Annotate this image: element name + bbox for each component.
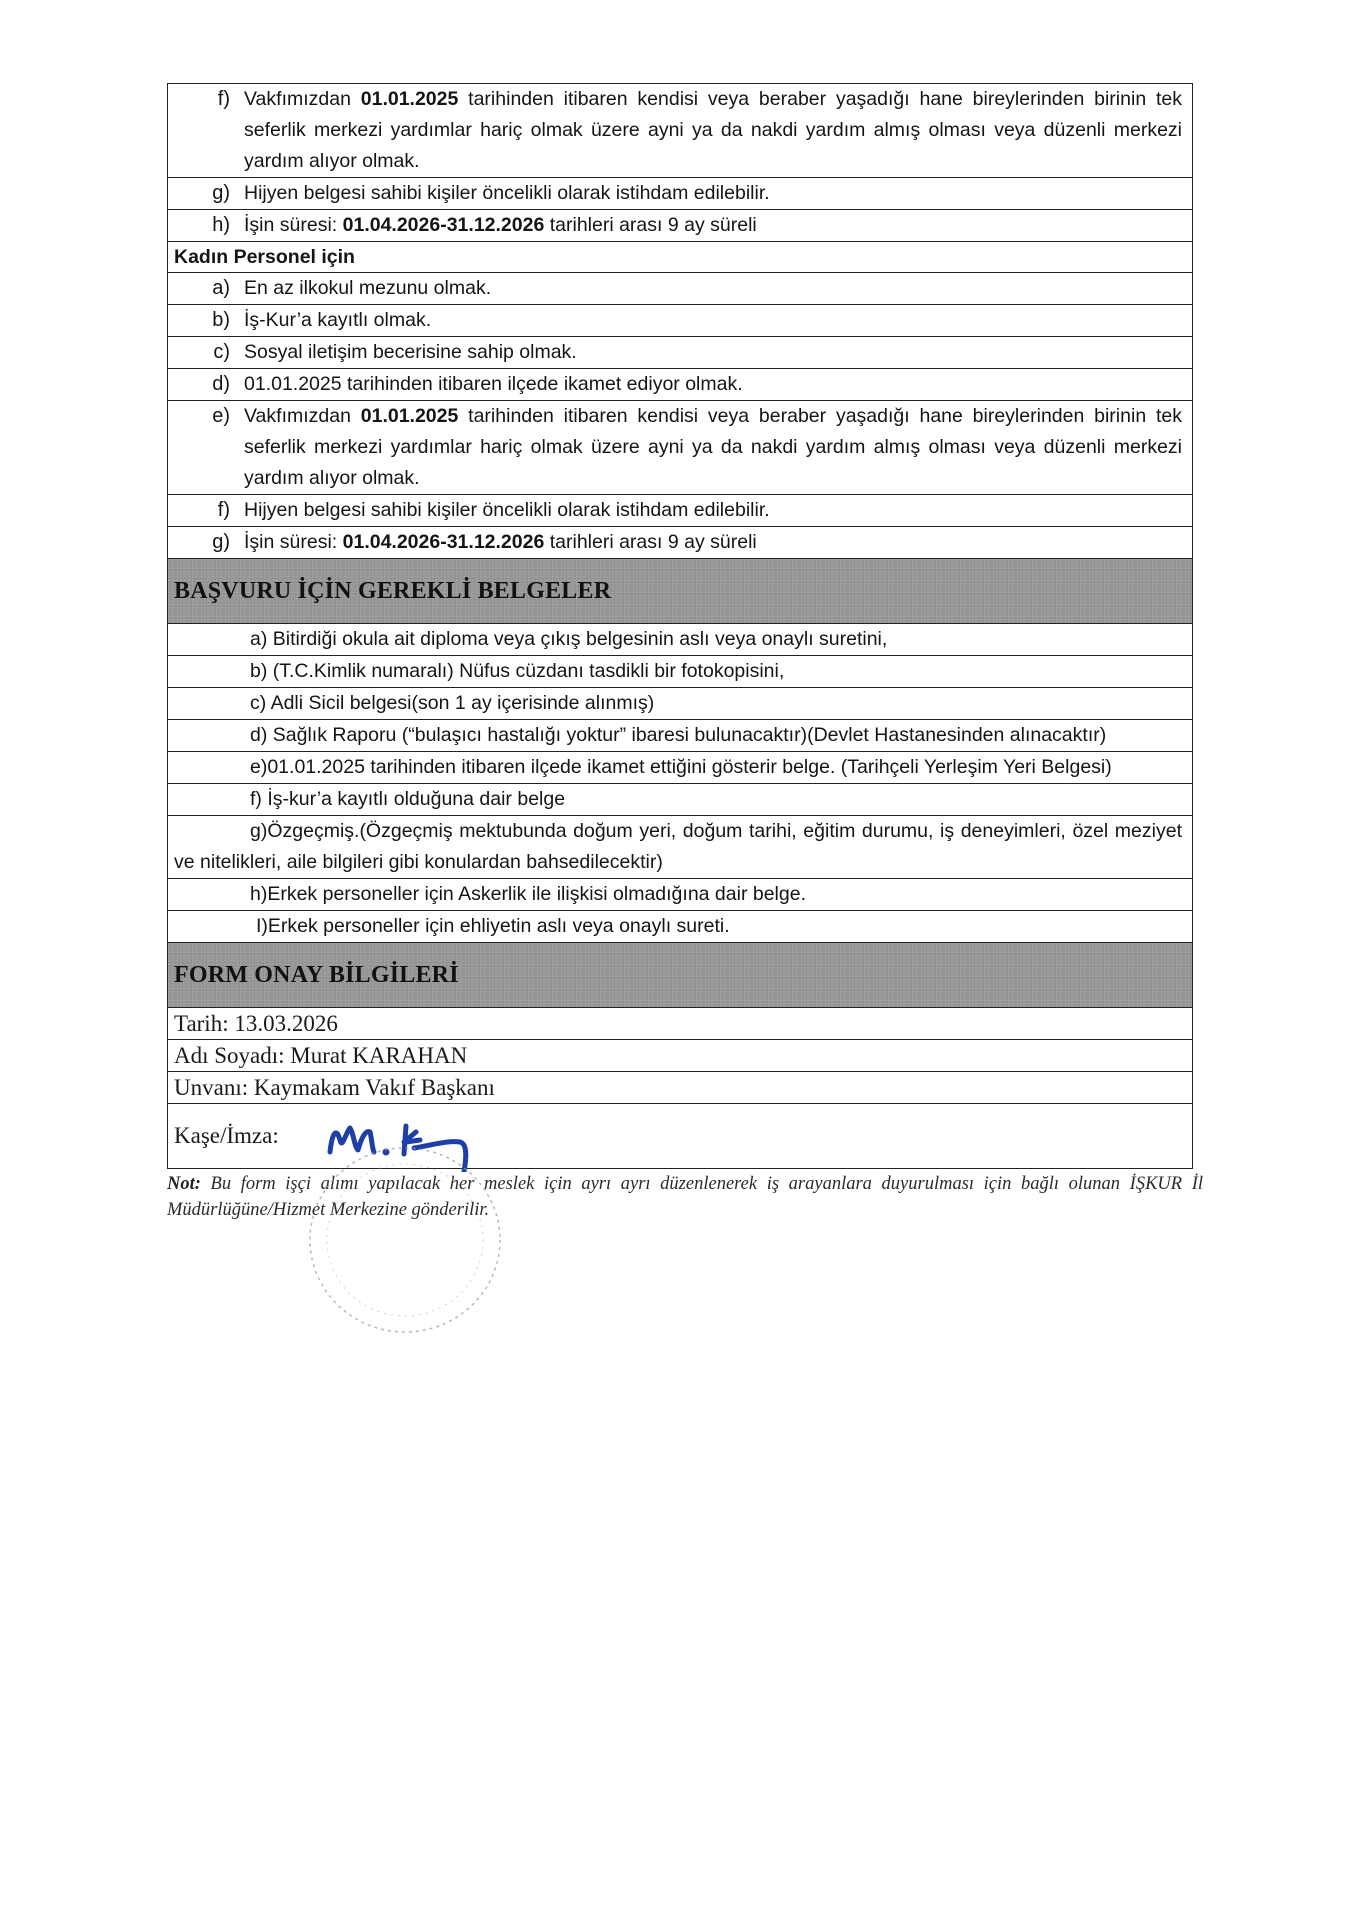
item-letter: f) — [168, 84, 244, 177]
name-value: Murat KARAHAN — [290, 1043, 467, 1068]
table-row: FORM ONAY BİLGİLERİ — [168, 943, 1193, 1008]
item-letter: g) — [168, 527, 244, 558]
requirement-text: 01.01.2025 tarihinden itibaren ilçede ik… — [244, 369, 1192, 400]
table-row: a) En az ilkokul mezunu olmak. — [168, 273, 1193, 305]
document-item: g)Özgeçmiş.(Özgeçmiş mektubunda doğum ye… — [168, 816, 1192, 878]
application-form-page: f) Vakfımızdan 01.01.2025 tarihinden iti… — [167, 83, 1193, 1223]
table-row: d) Sağlık Raporu (“bulaşıcı hastalığı yo… — [168, 720, 1193, 752]
table-row: Adı Soyadı: Murat KARAHAN — [168, 1040, 1193, 1072]
signature-label: Kaşe/İmza: — [174, 1123, 279, 1148]
item-letter: b) — [168, 305, 244, 336]
document-item: f) İş-kur’a kayıtlı olduğuna dair belge — [168, 784, 1192, 815]
requirement-text: İş-Kur’a kayıtlı olmak. — [244, 305, 1192, 336]
item-letter: a) — [168, 273, 244, 304]
approval-name: Adı Soyadı: Murat KARAHAN — [168, 1040, 1192, 1071]
requirement-text: En az ilkokul mezunu olmak. — [244, 273, 1192, 304]
date-value: 13.03.2026 — [234, 1011, 338, 1036]
document-item: b) (T.C.Kimlik numaralı) Nüfus cüzdanı t… — [168, 656, 1192, 687]
section-subheading-kadin: Kadın Personel için — [168, 242, 1192, 272]
table-row: g)Özgeçmiş.(Özgeçmiş mektubunda doğum ye… — [168, 816, 1193, 879]
table-row: c) Adli Sicil belgesi(son 1 ay içerisind… — [168, 688, 1193, 720]
table-row: Tarih: 13.03.2026 — [168, 1008, 1193, 1040]
footnote: Not: Bu form işçi alımı yapılacak her me… — [167, 1171, 1203, 1223]
table-row: g) İşin süresi: 01.04.2026-31.12.2026 ta… — [168, 527, 1193, 559]
table-row: f) İş-kur’a kayıtlı olduğuna dair belge — [168, 784, 1193, 816]
item-letter: e) — [168, 401, 244, 494]
table-row: b) İş-Kur’a kayıtlı olmak. — [168, 305, 1193, 337]
table-row: f) Vakfımızdan 01.01.2025 tarihinden iti… — [168, 84, 1193, 178]
table-row: e)01.01.2025 tarihinden itibaren ilçede … — [168, 752, 1193, 784]
item-letter: c) — [168, 337, 244, 368]
table-row: g) Hijyen belgesi sahibi kişiler öncelik… — [168, 178, 1193, 210]
requirement-text: Hijyen belgesi sahibi kişiler öncelikli … — [244, 495, 1192, 526]
requirement-text: Sosyal iletişim becerisine sahip olmak. — [244, 337, 1192, 368]
approval-date: Tarih: 13.03.2026 — [168, 1008, 1192, 1039]
requirement-text: İşin süresi: 01.04.2026-31.12.2026 tarih… — [244, 527, 1192, 558]
document-item: e)01.01.2025 tarihinden itibaren ilçede … — [168, 752, 1192, 783]
item-letter: h) — [168, 210, 244, 241]
section-heading-approval: FORM ONAY BİLGİLERİ — [168, 943, 1192, 1007]
item-letter: g) — [168, 178, 244, 209]
requirement-text: İşin süresi: 01.04.2026-31.12.2026 tarih… — [244, 210, 1192, 241]
requirement-text: Hijyen belgesi sahibi kişiler öncelikli … — [244, 178, 1192, 209]
table-row: Kaşe/İmza: — [168, 1104, 1193, 1169]
table-row: BAŞVURU İÇİN GEREKLİ BELGELER — [168, 559, 1193, 624]
table-row: f) Hijyen belgesi sahibi kişiler öncelik… — [168, 495, 1193, 527]
document-item: I)Erkek personeller için ehliyetin aslı … — [168, 911, 1192, 942]
requirements-table: f) Vakfımızdan 01.01.2025 tarihinden iti… — [167, 83, 1193, 1169]
approval-title: Unvanı: Kaymakam Vakıf Başkanı — [168, 1072, 1192, 1103]
table-row: I)Erkek personeller için ehliyetin aslı … — [168, 911, 1193, 943]
document-item: a) Bitirdiği okula ait diploma veya çıkı… — [168, 624, 1192, 655]
signature-mark-icon — [318, 1112, 498, 1172]
table-row: Unvanı: Kaymakam Vakıf Başkanı — [168, 1072, 1193, 1104]
note-text: Bu form işçi alımı yapılacak her meslek … — [167, 1174, 1203, 1220]
table-row: c) Sosyal iletişim becerisine sahip olma… — [168, 337, 1193, 369]
document-item: d) Sağlık Raporu (“bulaşıcı hastalığı yo… — [168, 720, 1192, 751]
table-row: d) 01.01.2025 tarihinden itibaren ilçede… — [168, 369, 1193, 401]
item-letter: d) — [168, 369, 244, 400]
table-row: h) İşin süresi: 01.04.2026-31.12.2026 ta… — [168, 210, 1193, 242]
section-heading-documents: BAŞVURU İÇİN GEREKLİ BELGELER — [168, 559, 1192, 623]
table-row: a) Bitirdiği okula ait diploma veya çıkı… — [168, 624, 1193, 656]
table-row: e) Vakfımızdan 01.01.2025 tarihinden iti… — [168, 401, 1193, 495]
item-letter: f) — [168, 495, 244, 526]
document-item: c) Adli Sicil belgesi(son 1 ay içerisind… — [168, 688, 1192, 719]
document-item: h)Erkek personeller için Askerlik ile il… — [168, 879, 1192, 910]
table-row: h)Erkek personeller için Askerlik ile il… — [168, 879, 1193, 911]
title-value: Kaymakam Vakıf Başkanı — [254, 1075, 495, 1100]
note-label: Not: — [167, 1174, 201, 1194]
requirement-text: Vakfımızdan 01.01.2025 tarihinden itibar… — [244, 401, 1192, 494]
approval-signature-row: Kaşe/İmza: — [168, 1104, 1192, 1168]
table-row: Kadın Personel için — [168, 242, 1193, 273]
requirement-text: Vakfımızdan 01.01.2025 tarihinden itibar… — [244, 84, 1192, 177]
table-row: b) (T.C.Kimlik numaralı) Nüfus cüzdanı t… — [168, 656, 1193, 688]
